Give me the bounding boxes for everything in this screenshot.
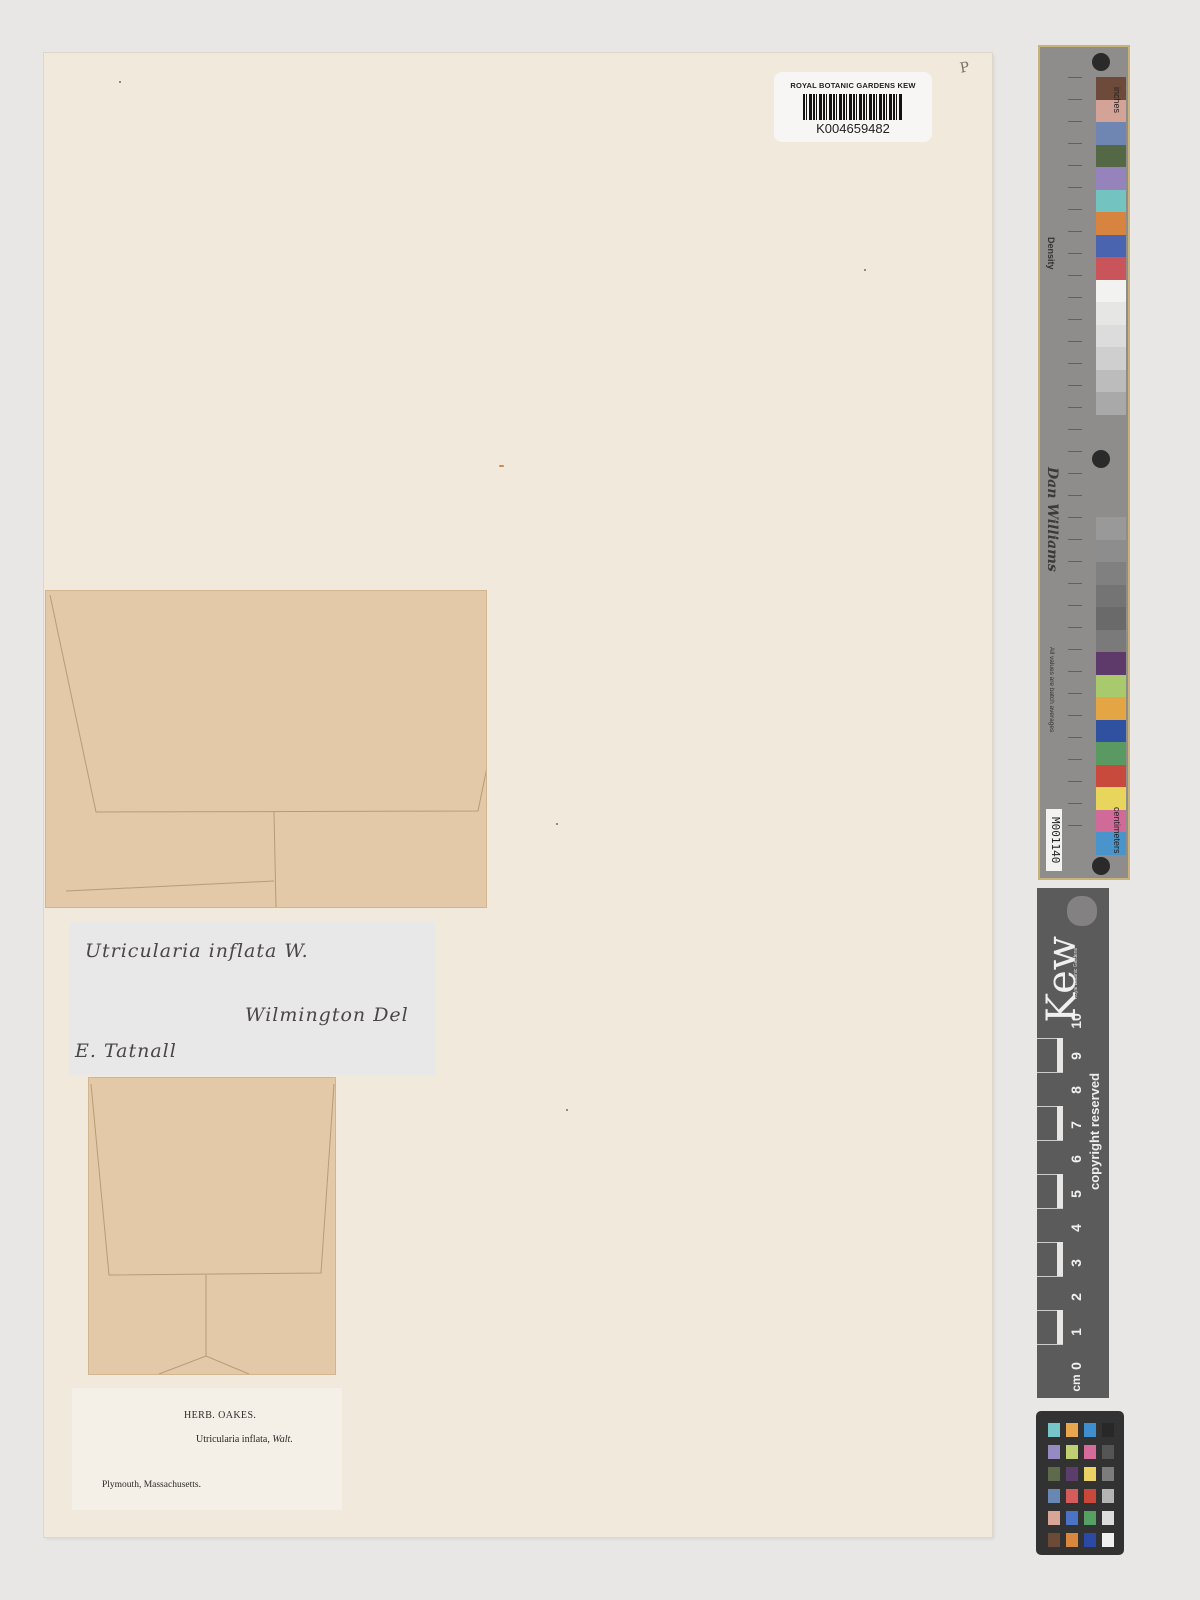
color-chip [1102,1533,1114,1547]
speck [864,269,866,271]
density-label: Density [1046,237,1056,270]
color-chip [1048,1533,1060,1547]
scale-id: M001140 [1046,809,1062,871]
color-swatch [1096,212,1126,235]
color-swatch [1096,652,1126,675]
color-chip [1066,1533,1078,1547]
inches-label: inches [1112,87,1122,113]
color-swatch [1096,585,1126,608]
cm-number: 2 [1068,1288,1084,1306]
kew-logo: Kew [1042,936,1082,1023]
unit-label: cm [1069,1374,1083,1392]
cm-segment [1037,1344,1063,1378]
species-binomial: Utricularia inflata, [196,1434,270,1445]
color-swatch [1096,540,1126,563]
cm-number: 8 [1068,1081,1084,1099]
locality: Plymouth, Massachusetts. [102,1480,201,1490]
mount-hole-icon [1092,857,1110,875]
cm-number: 7 [1068,1116,1084,1134]
color-swatch [1096,145,1126,168]
color-swatch [1096,122,1126,145]
color-swatch [1096,720,1126,743]
cm-strip [1057,1310,1063,1344]
copyright-notice: copyright reserved [1087,1036,1102,1226]
color-swatch [1096,562,1126,585]
cm-number: 0 [1068,1357,1084,1375]
color-swatch [1096,167,1126,190]
color-swatches-top [1086,77,1130,415]
centimeters-label: centimeters [1112,807,1122,854]
cm-strip [1057,1242,1063,1276]
color-swatch [1096,325,1126,348]
color-swatch [1096,235,1126,258]
cm-segment [1037,1140,1063,1174]
color-chip [1066,1467,1078,1481]
color-swatch [1096,347,1126,370]
color-swatch [1096,280,1126,303]
cm-segment [1037,1276,1063,1310]
color-chip [1048,1423,1060,1437]
specimen-envelope-large[interactable] [46,591,486,907]
color-chip [1084,1445,1096,1459]
color-chip [1102,1423,1114,1437]
envelope-fold-lines-icon [46,591,486,907]
printed-herbarium-label: HERB. OAKES. Utricularia inflata, Walt. … [72,1388,342,1510]
color-checker-card [1036,1411,1124,1555]
color-chip [1066,1489,1078,1503]
color-chip [1102,1511,1114,1525]
barcode-icon [803,94,903,120]
color-chip [1048,1467,1060,1481]
speck [566,1109,568,1111]
cm-number: 6 [1068,1150,1084,1168]
color-chip [1084,1533,1096,1547]
cm-strip [1057,1038,1063,1072]
color-calibration-strip: Density Dan Williams All values are batc… [1038,45,1130,880]
color-swatch [1096,370,1126,393]
handwritten-species: Utricularia inflata W. [85,940,309,962]
species-author: Walt. [272,1434,292,1445]
color-chip [1102,1489,1114,1503]
color-chip [1048,1511,1060,1525]
batch-note: All values are batch averages [1048,647,1055,732]
color-chip [1084,1467,1096,1481]
institution-name: ROYAL BOTANIC GARDENS KEW [774,81,932,90]
color-chip [1066,1423,1078,1437]
color-swatch [1096,697,1126,720]
color-chip [1066,1511,1078,1525]
color-swatch [1096,302,1126,325]
speck [119,81,121,83]
herbarium-name: HERB. OAKES. [184,1410,256,1421]
barcode-label: ROYAL BOTANIC GARDENS KEW K004659482 [774,72,932,142]
color-chip [1084,1489,1096,1503]
color-swatch [1096,257,1126,280]
cm-scale-bars [1037,1038,1063,1390]
color-chip [1048,1489,1060,1503]
color-chip [1102,1467,1114,1481]
color-swatch [1096,742,1126,765]
barcode-number: K004659482 [774,121,932,136]
color-chip [1102,1445,1114,1459]
color-chip [1084,1423,1096,1437]
cm-number: 4 [1068,1219,1084,1237]
cm-segment [1037,1072,1063,1106]
mount-hole-icon [1092,450,1110,468]
mount-hole-icon [1092,53,1110,71]
envelope-fold-lines-icon [89,1078,335,1374]
cm-number: 10 [1068,1012,1084,1030]
color-swatches-bottom [1086,517,1130,855]
color-swatch [1096,392,1126,415]
speck [499,465,504,467]
cm-strip [1057,1174,1063,1208]
cm-number: 1 [1068,1323,1084,1341]
color-swatch [1096,517,1126,540]
color-swatch [1096,675,1126,698]
cm-number: 5 [1068,1185,1084,1203]
handwritten-collector: E. Tatnall [75,1040,177,1062]
kew-crest-icon [1067,896,1097,926]
speck [556,823,558,825]
cm-segment [1037,1208,1063,1242]
color-swatch [1096,607,1126,630]
scale-ticks [1068,77,1082,837]
color-chip [1066,1445,1078,1459]
color-swatch [1096,765,1126,788]
color-chip [1048,1445,1060,1459]
cm-number: 9 [1068,1047,1084,1065]
cm-strip [1057,1106,1063,1140]
color-chip [1084,1511,1096,1525]
specimen-envelope-small[interactable] [89,1078,335,1374]
cm-number: 3 [1068,1254,1084,1272]
handwritten-locality: Wilmington Del [245,1004,409,1026]
color-swatch [1096,190,1126,213]
handwritten-determination-label: Utricularia inflata W. Wilmington Del E.… [69,922,435,1075]
brand-name: Dan Williams [1044,467,1060,572]
kew-scale-ruler: Royal Botanic Gardens Kew copyright rese… [1037,888,1109,1398]
species-name: Utricularia inflata, Walt. [196,1434,293,1445]
color-swatch [1096,630,1126,653]
